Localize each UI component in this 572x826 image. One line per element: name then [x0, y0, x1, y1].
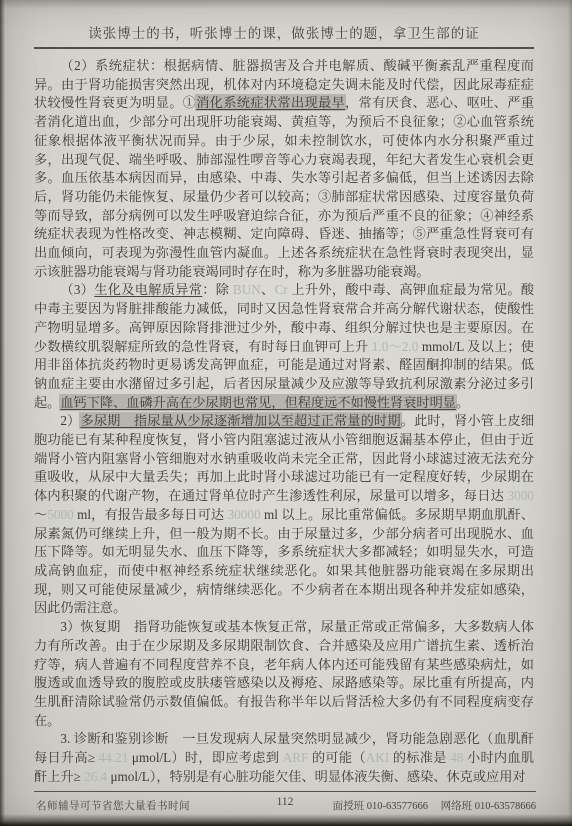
body-text: 。: [456, 395, 469, 410]
faint-print-text: ARF: [283, 750, 309, 765]
footer-online-class-phone: 网络班 010-63578666: [441, 801, 536, 812]
scanned-page: 读张博士的书，听张博士的课，做张博士的题，拿卫生部的证 （2）系统症状：根据病情…: [0, 0, 572, 826]
body-text: 2）: [60, 413, 80, 428]
footer-face-class-phone: 面授班 010-63577666: [333, 801, 428, 812]
paragraph-recovery-phase: 3）恢复期 指肾功能恢复或基本恢复正常，尿量正常或正常偏多，大多数病人体力有所改…: [34, 618, 534, 730]
body-text: ml，有报告最多每日可达: [74, 507, 228, 522]
body-text: ，常有厌食、恶心、呕吐、严重者消化道出血，少部分可出现肝功能衰竭、黄疸等，为预后…: [34, 95, 534, 278]
faint-print-text: 44.21: [99, 750, 129, 765]
scan-edge-left: [0, 0, 5, 826]
body-text: 的标准是: [389, 750, 450, 765]
faint-print-text: 5000: [47, 507, 73, 522]
body-text: ：除: [202, 282, 233, 297]
faint-print-text: 1.0～2.0: [372, 339, 419, 354]
page-header: 读张博士的书，听张博士的课，做张博士的题，拿卫生部的证: [34, 22, 534, 49]
paragraph-biochem-electrolyte: （3）生化及电解质异常：除 BUN、Cr 上升外，酸中毒、高钾血症最为常见。酸中…: [34, 281, 534, 412]
emphasized-text: 生化及电解质异常: [94, 282, 202, 297]
scan-edge-right: [568, 0, 572, 826]
footer-contacts: 面授班 010-63577666 网络班 010-63578666: [323, 798, 536, 813]
body-text: 3）恢复期 指肾功能恢复或基本恢复正常，尿量正常或正常偏多，大多数病人体力有所改…: [34, 619, 534, 728]
faint-print-text: 30000: [228, 507, 261, 522]
faint-print-text: BUN: [233, 282, 261, 297]
header-rule: [34, 47, 534, 49]
page-body: （2）系统症状：根据病情、脏器损害及合并电解质、酸碱平衡紊乱严重程度而异。由于肾…: [34, 57, 534, 786]
emphasized-text: 血钙下降、血磷升高在少尿期也常见，但程度远不如慢性肾衰时明显: [60, 395, 456, 410]
body-text: μmol/L），特别是有心脏功能欠佳、明显体液失衡、感染、休克或应用对: [107, 769, 525, 784]
faint-print-text: AKI: [366, 750, 389, 765]
body-text: ～: [34, 507, 47, 522]
emphasized-text: 多尿期 指尿量从少尿逐渐增加以至超过正常量的时期: [80, 413, 400, 428]
scan-edge-top: [0, 0, 572, 9]
paragraph-systemic-symptoms: （2）系统症状：根据病情、脏器损害及合并电解质、酸碱平衡紊乱严重程度而异。由于肾…: [34, 57, 534, 281]
body-text: μmol/L）时，即应考虑到: [128, 750, 282, 765]
paragraph-diagnosis: 3. 诊断和鉴别诊断 一旦发现病人尿量突然明显减少，肾功能急剧恶化（血肌酐每日升…: [34, 730, 534, 786]
scan-edge-bottom: [0, 814, 572, 826]
body-text: （3）: [60, 282, 94, 297]
body-text: ml 以上。尿比重常偏低。多尿期早期血肌酐、尿素氮仍可继续上升，但一般为期不长。…: [34, 507, 534, 616]
faint-print-text: 48: [450, 750, 463, 765]
emphasized-text: 消化系统症状常出现最早: [196, 95, 345, 110]
faint-print-text: 3000: [508, 488, 534, 503]
faint-print-text: 26.4: [84, 769, 107, 784]
body-text: 的可能（: [308, 750, 365, 765]
header-slogan: 读张博士的书，听张博士的课，做张博士的题，拿卫生部的证: [34, 22, 534, 42]
paragraph-polyuric-phase: 2）多尿期 指尿量从少尿逐渐增加以至超过正常量的时期。此时，肾小管上皮细胞功能已…: [34, 412, 534, 618]
faint-print-text: Cr: [275, 282, 288, 297]
body-text: 、: [261, 282, 275, 297]
page-footer: 名师辅导可节省您大量看书时间 112 面授班 010-63577666 网络班 …: [34, 791, 536, 797]
